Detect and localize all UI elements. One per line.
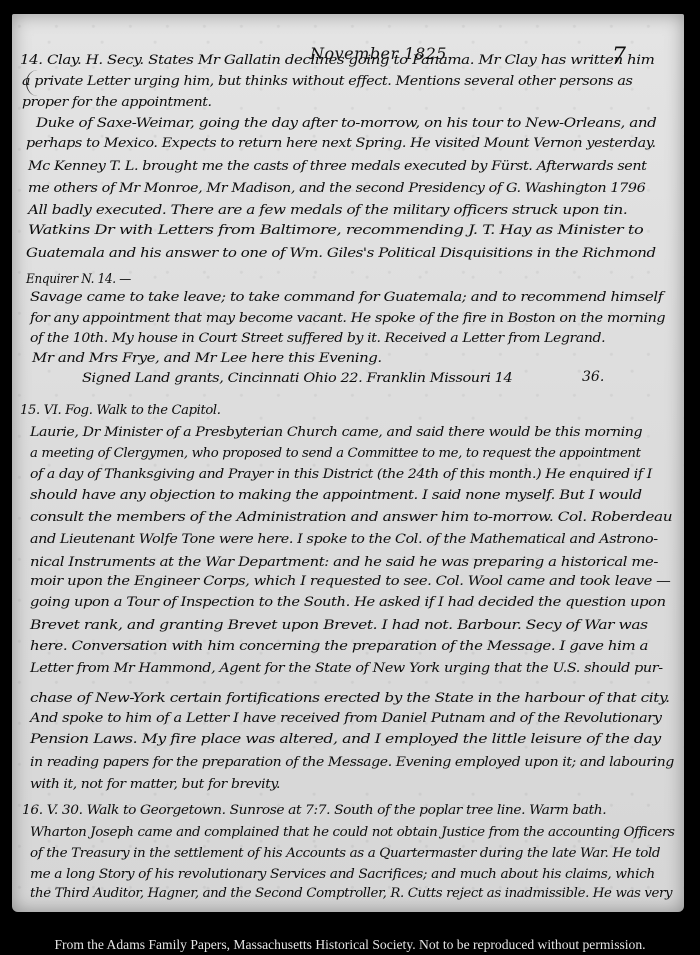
manuscript-line: Duke of Saxe-Weimar, going the day after… <box>36 117 656 130</box>
manuscript-line: Mc Kenney T. L. brought me the casts of … <box>28 160 647 173</box>
manuscript-line: Enquirer N. 14. — <box>26 273 131 286</box>
manuscript-line: Savage came to take leave; to take comma… <box>30 291 663 304</box>
manuscript-line: Letter from Mr Hammond, Agent for the St… <box>30 662 663 675</box>
manuscript-line: 15. VI. Fog. Walk to the Capitol. <box>20 404 221 417</box>
manuscript-line: going upon a Tour of Inspection to the S… <box>30 596 666 609</box>
manuscript-line: proper for the appointment. <box>22 96 212 109</box>
manuscript-line: here. Conversation with him concerning t… <box>30 640 648 653</box>
manuscript-line: chase of New-York certain fortifications… <box>30 692 670 705</box>
manuscript-line: in reading papers for the preparation of… <box>30 756 674 769</box>
manuscript-line: of a day of Thanksgiving and Prayer in t… <box>30 468 652 481</box>
manuscript-line: 14. Clay. H. Secy. States Mr Gallatin de… <box>20 54 654 67</box>
manuscript-line: a private Letter urging him, but thinks … <box>22 75 632 88</box>
copyright-caption: From the Adams Family Papers, Massachuse… <box>0 937 700 953</box>
manuscript-line: Wharton Joseph came and complained that … <box>30 826 675 839</box>
manuscript-line: Mr and Mrs Frye, and Mr Lee here this Ev… <box>32 352 382 365</box>
manuscript-line: All badly executed. There are a few meda… <box>28 204 627 217</box>
manuscript-line: and Lieutenant Wolfe Tone were here. I s… <box>30 533 658 546</box>
manuscript-line: Pension Laws. My fire place was altered,… <box>30 733 661 746</box>
manuscript-line: me others of Mr Monroe, Mr Madison, and … <box>28 182 645 195</box>
manuscript-line: perhaps to Mexico. Expects to return her… <box>26 137 656 150</box>
margin-number: 36. <box>582 369 604 385</box>
manuscript-page: November 1825 7 36. 14. Clay. H. Secy. S… <box>12 14 684 912</box>
manuscript-line: consult the members of the Administratio… <box>30 511 672 524</box>
manuscript-line: of the 10th. My house in Court Street su… <box>30 332 605 345</box>
manuscript-line: should have any objection to making the … <box>30 489 642 502</box>
manuscript-line: Brevet rank, and granting Brevet upon Br… <box>30 619 648 632</box>
manuscript-line: Watkins Dr with Letters from Baltimore, … <box>28 224 643 237</box>
manuscript-line: 16. V. 30. Walk to Georgetown. Sunrose a… <box>22 804 606 817</box>
manuscript-line: a meeting of Clergymen, who proposed to … <box>30 447 641 460</box>
manuscript-line: the Third Auditor, Hagner, and the Secon… <box>30 887 672 900</box>
manuscript-line: Laurie, Dr Minister of a Presbyterian Ch… <box>30 426 642 439</box>
manuscript-line: And spoke to him of a Letter I have rece… <box>30 712 662 725</box>
manuscript-line: with it, not for matter, but for brevity… <box>30 778 280 791</box>
manuscript-line: for any appointment that may become vaca… <box>30 312 665 325</box>
manuscript-line: Signed Land grants, Cincinnati Ohio 22. … <box>82 372 512 385</box>
manuscript-line: nical Instruments at the War Department:… <box>30 556 658 569</box>
manuscript-line: Guatemala and his answer to one of Wm. G… <box>26 247 656 260</box>
manuscript-line: of the Treasury in the settlement of his… <box>30 847 660 860</box>
manuscript-line: moir upon the Engineer Corps, which I re… <box>30 575 670 588</box>
manuscript-line: me a long Story of his revolutionary Ser… <box>30 868 655 881</box>
